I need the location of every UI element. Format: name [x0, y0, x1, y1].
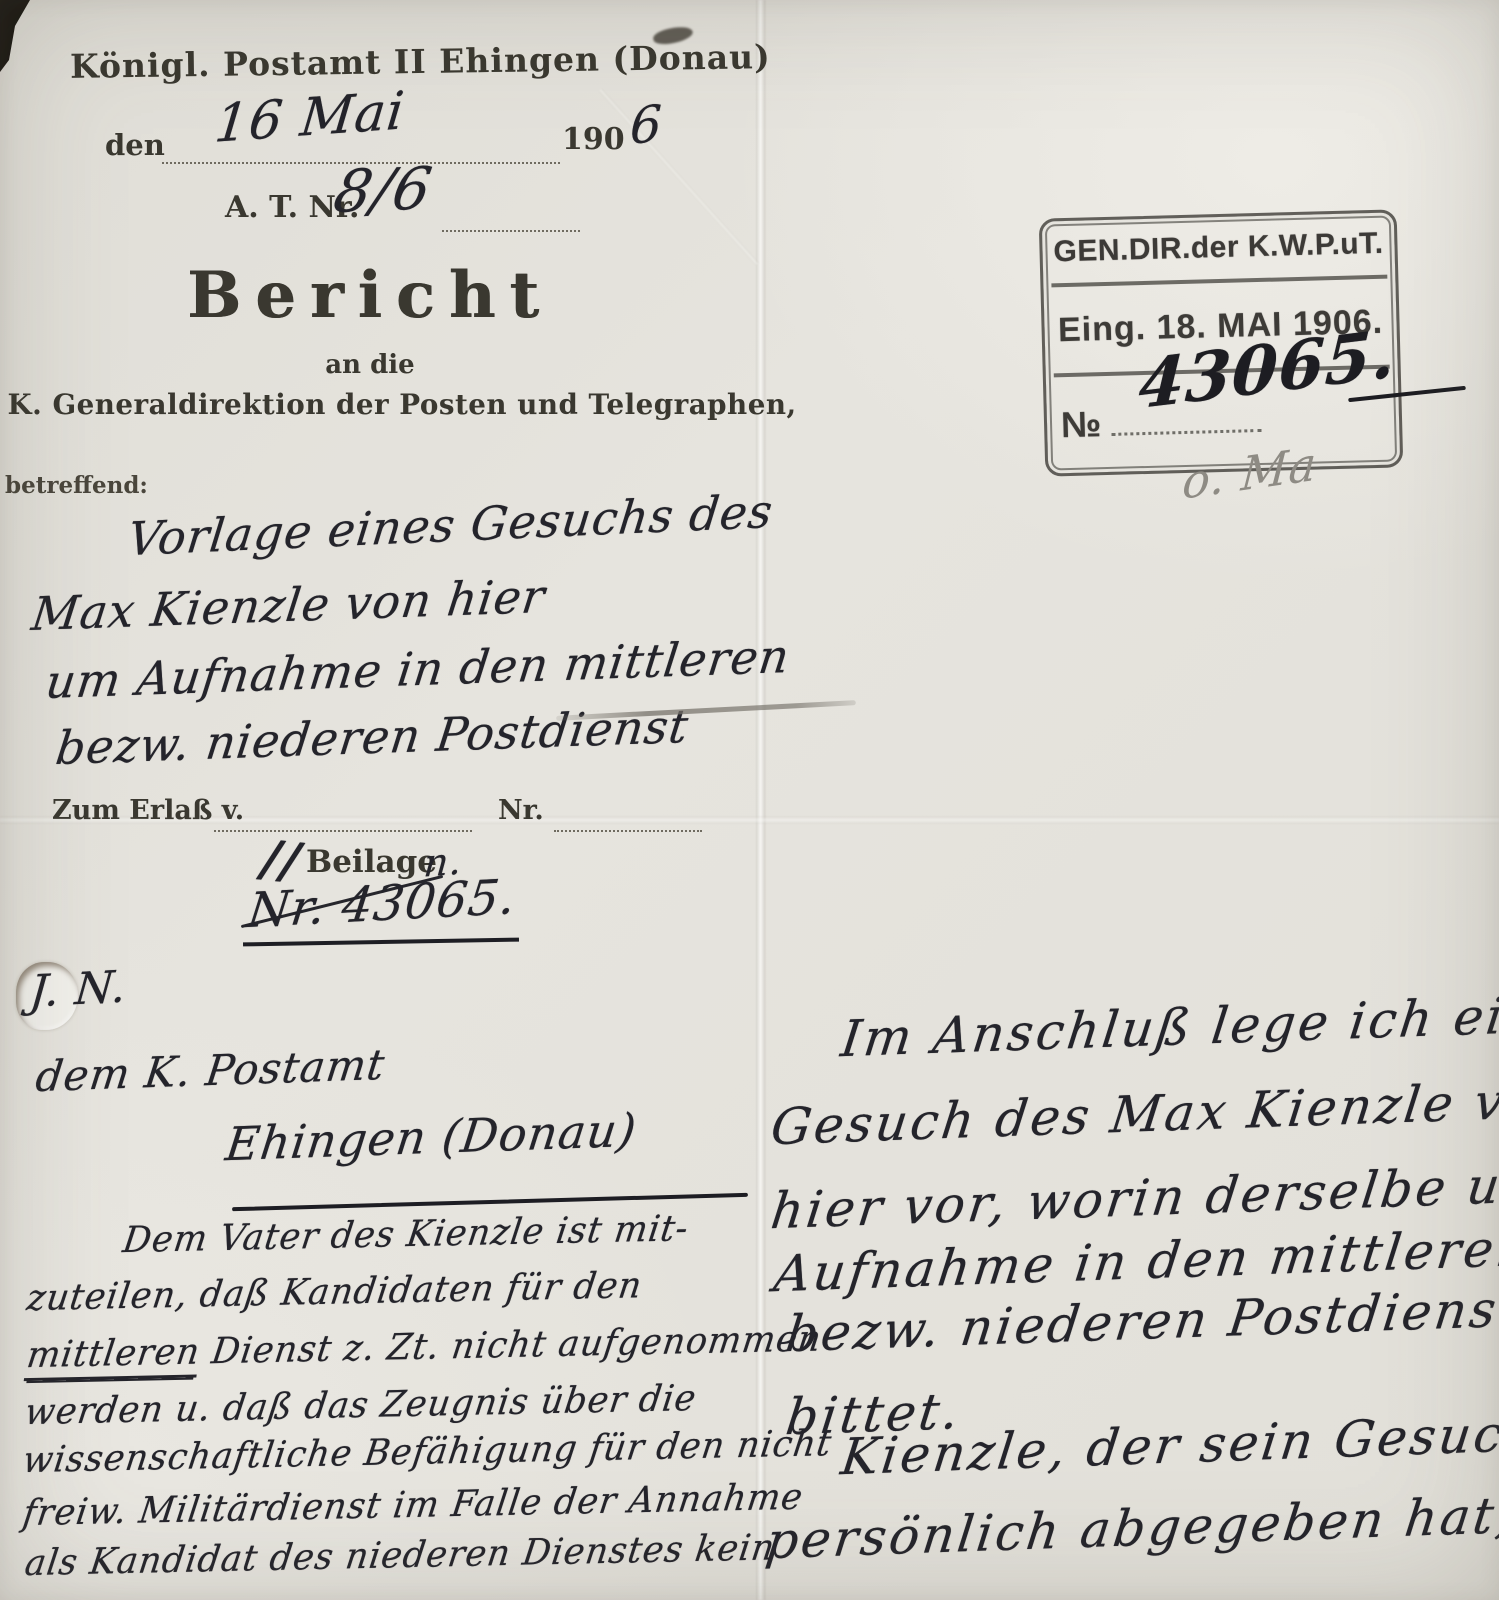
body-right-line: Im Anschluß lege ich ein — [838, 986, 1499, 1069]
report-subtitle: an die — [180, 350, 560, 380]
address-line-1: dem K. Postamt — [33, 1040, 388, 1101]
letterhead-office: Königl. Postamt II Ehingen (Donau) — [70, 37, 771, 86]
erlass-nr-label: Nr. — [498, 795, 544, 826]
subject-line: um Aufnahme in den mittleren — [43, 629, 793, 709]
body-left-line: als Kandidat des niederen Dienstes kein — [22, 1527, 777, 1584]
journal-mark-handwritten: J. N. — [28, 961, 129, 1017]
subject-line: bezw. niederen Postdienst — [53, 699, 692, 775]
body-right-line: persönlich abgegeben hat, — [763, 1486, 1499, 1570]
underlined-word: mittleren — [24, 1331, 203, 1381]
body-left-line: mittleren Dienst z. Zt. nicht aufgenomme… — [24, 1318, 824, 1376]
document-page: Königl. Postamt II Ehingen (Donau) den 1… — [0, 0, 1499, 1600]
address-line-2: Ehingen (Donau) — [223, 1103, 640, 1172]
body-left-line: werden u. daß das Zeugnis über die — [22, 1378, 699, 1433]
report-recipient: K. Generaldirektion der Posten und Teleg… — [8, 388, 713, 421]
date-value-handwritten: 16 Mai — [212, 81, 407, 155]
stamp-no-label: № — [1061, 403, 1102, 446]
body-left-line: zuteilen, daß Kandidaten für den — [24, 1265, 645, 1319]
subject-label: betreffend: — [5, 472, 148, 499]
date-label: den — [105, 128, 165, 162]
body-left-line-rest: Dienst z. Zt. nicht aufgenommen — [197, 1318, 824, 1372]
body-left-line: wissenschaftliche Befähigung für den nic… — [20, 1423, 834, 1481]
report-title: Bericht — [180, 258, 560, 333]
body-left-line: Dem Vater des Kienzle ist mit- — [120, 1208, 691, 1261]
date-year-handwritten: 6 — [629, 94, 664, 156]
subject-line: Max Kienzle von hier — [29, 569, 549, 641]
stamp-no-leader-line — [1111, 426, 1261, 435]
ref-value-handwritten: 8/6 — [329, 154, 437, 226]
body-left-line: freiw. Militärdienst im Falle der Annahm… — [20, 1477, 805, 1534]
body-right-line: Gesuch des Max Kienzle von — [768, 1070, 1499, 1156]
date-year-printed: 190 — [562, 122, 625, 157]
corner-tear — [0, 0, 34, 74]
diagonal-crease — [598, 88, 759, 266]
erlass-label: Zum Erlaß v. — [52, 795, 244, 826]
beilagen-number-underline — [243, 938, 519, 947]
subject-line: Vorlage eines Gesuchs des — [125, 484, 776, 566]
stamp-office-line: GEN.DIR.der K.W.P.uT. — [1042, 212, 1396, 283]
ref-leader-line — [442, 228, 580, 232]
erlass-nr-leader-line — [554, 828, 702, 832]
erlass-leader-line — [214, 828, 472, 832]
